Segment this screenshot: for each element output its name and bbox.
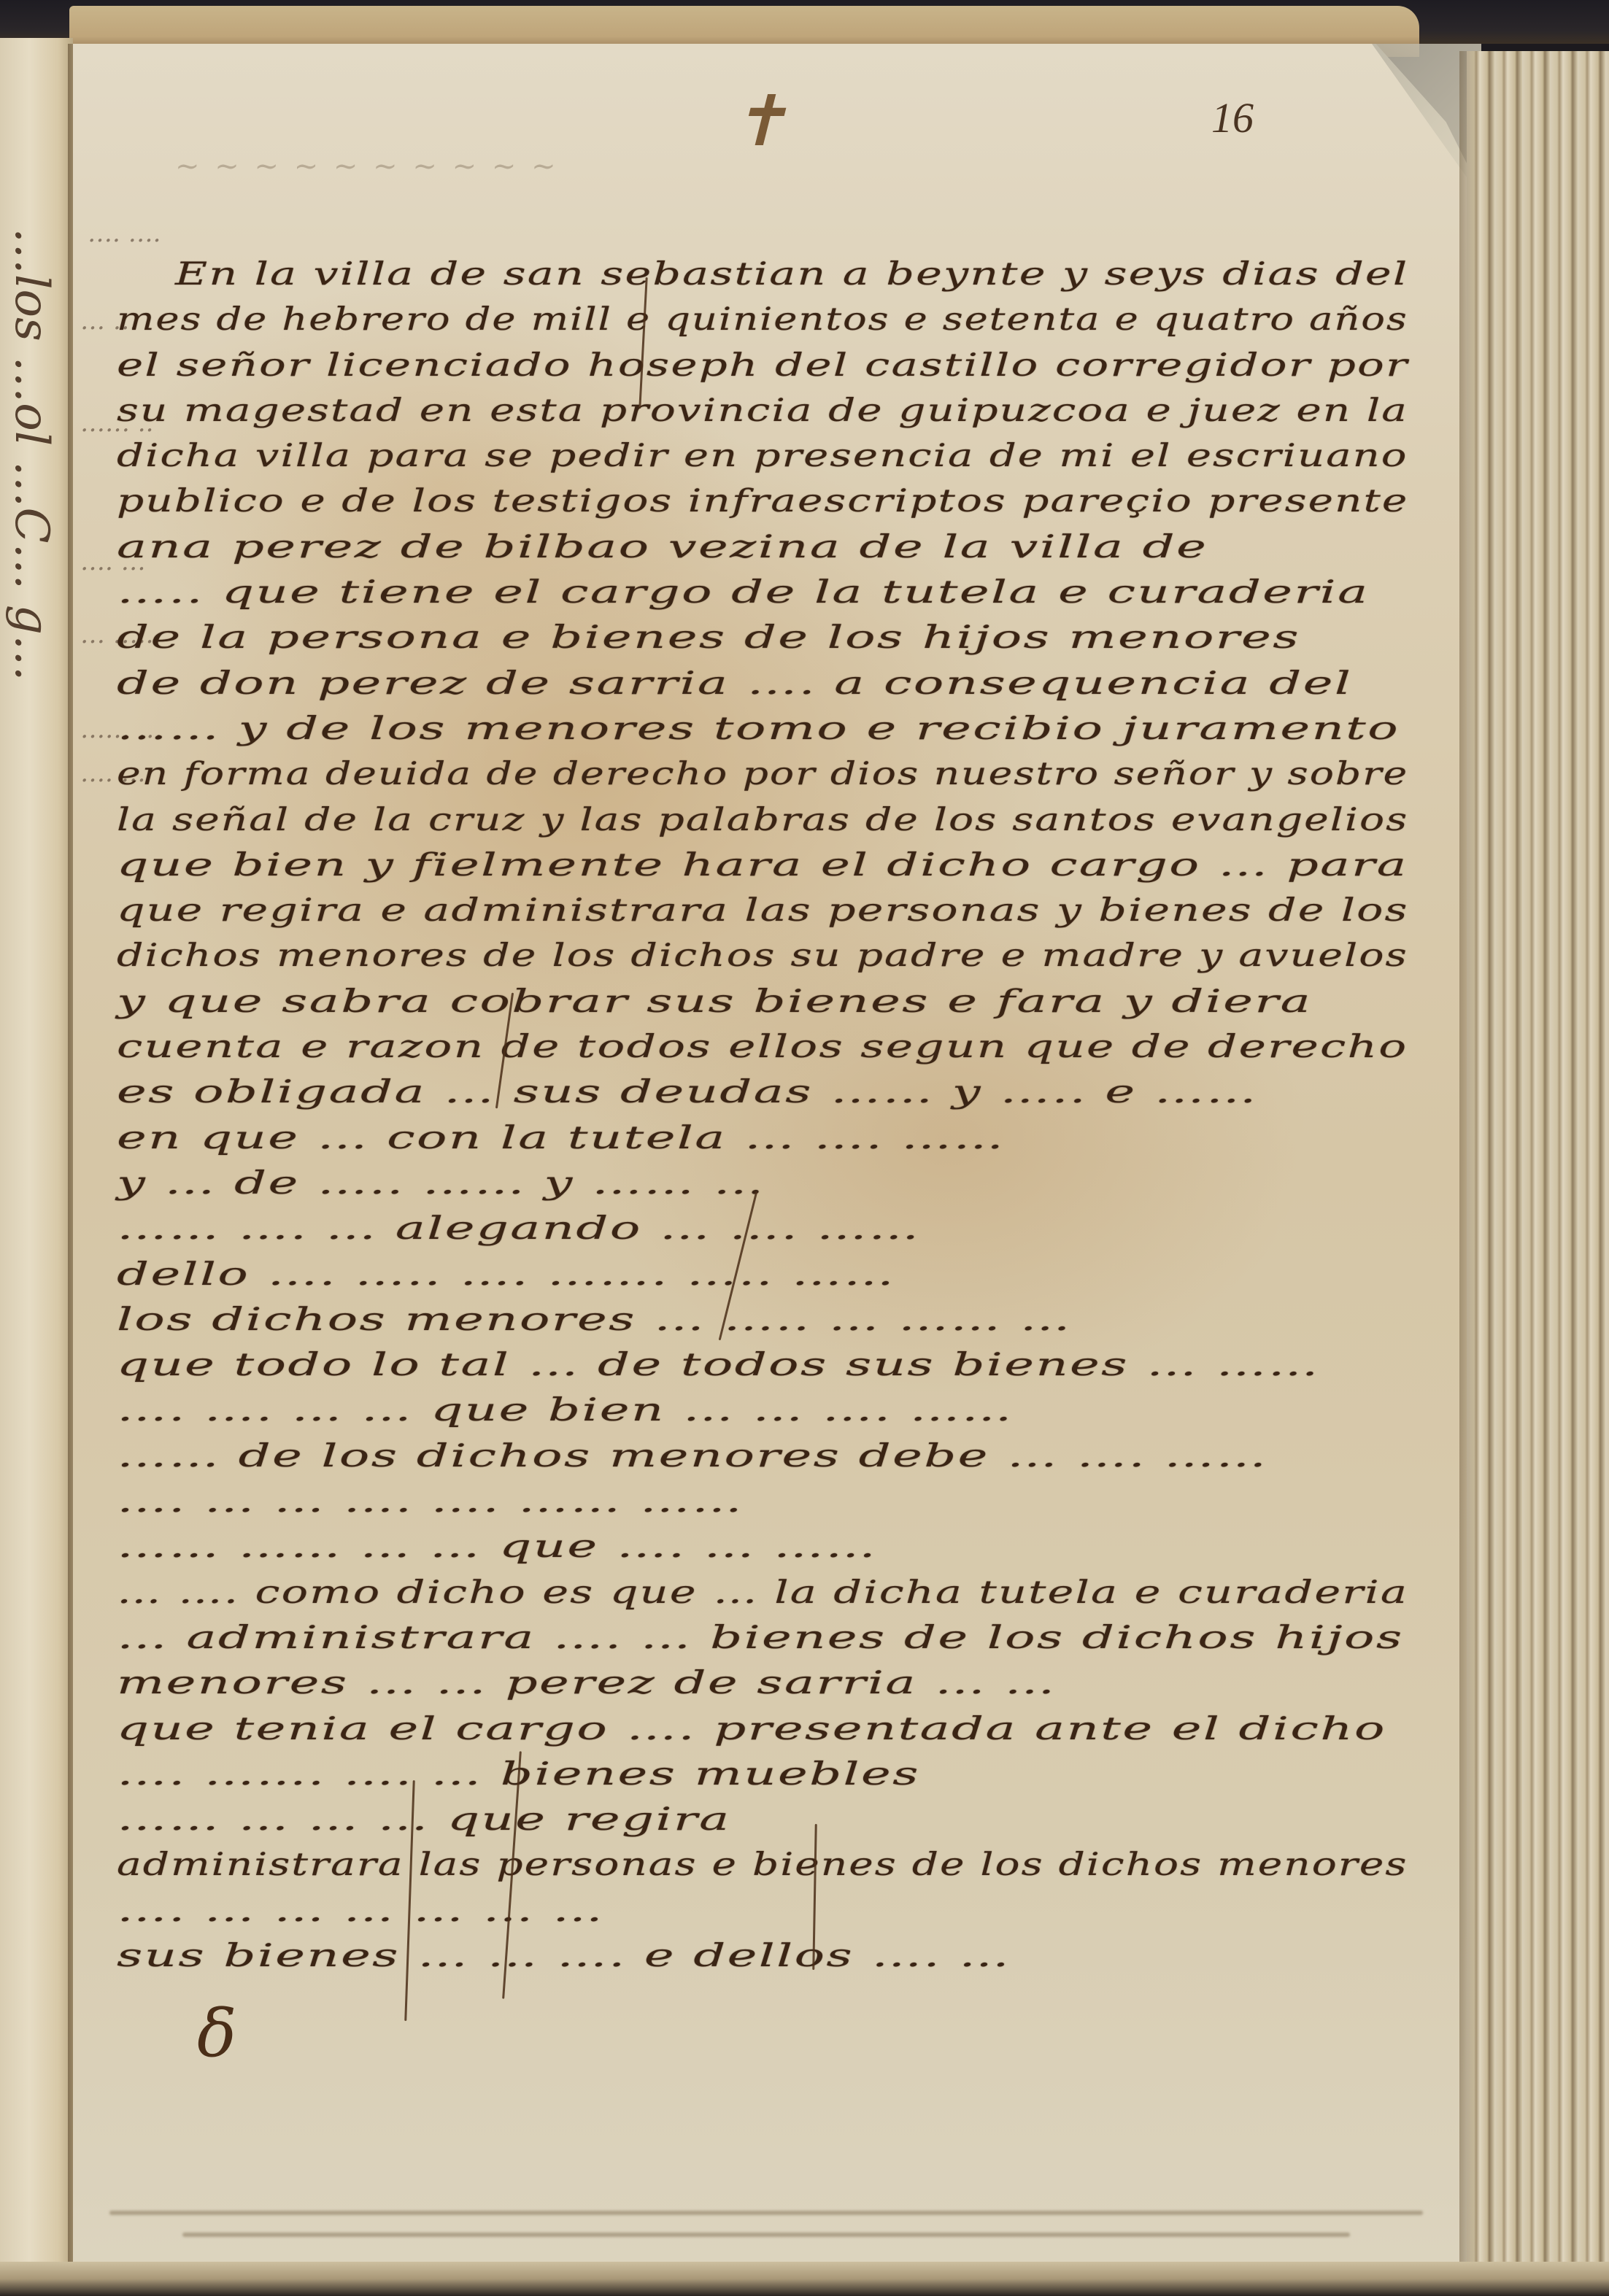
text-line: …. …. … … que bien … … …. ……: [117, 1388, 1408, 1433]
fanned-page-edges: [1467, 51, 1609, 2296]
text-line: el señor licenciado hoseph del castillo …: [117, 343, 1408, 388]
text-line: …… de los dichos menores debe … …. ……: [117, 1434, 1408, 1479]
text-line: la señal de la cruz y las palabras de lo…: [117, 797, 1408, 843]
text-line: que tenia el cargo …. presentada ante el…: [117, 1706, 1408, 1752]
text-line: que regira e administrara las personas y…: [117, 888, 1408, 933]
bottom-edge: [0, 2262, 1609, 2296]
text-line: su magestad en esta provincia de guipuzc…: [117, 388, 1408, 433]
manuscript-text-block: En la villa de san sebastian a beynte y …: [117, 252, 1408, 1979]
text-line: que todo lo tal … de todos sus bienes … …: [117, 1342, 1408, 1388]
text-line: …… … … … que regira: [117, 1797, 1408, 1842]
text-line: en forma deuida de derecho por dios nues…: [117, 751, 1408, 797]
text-line: …. … … …. …. …… ……: [117, 1479, 1408, 1524]
text-line: … administrara …. … bienes de los dichos…: [117, 1615, 1408, 1661]
text-line: En la villa de san sebastian a beynte y …: [117, 252, 1408, 297]
text-line: los dichos menores … ….. … …… …: [117, 1297, 1408, 1342]
closing-flourish: δ: [197, 1995, 236, 2072]
text-line: …… y de los menores tomo e recibio juram…: [117, 706, 1408, 751]
text-line: menores … … perez de sarria … …: [117, 1661, 1408, 1706]
text-line: ….. que tiene el cargo de la tutela e cu…: [117, 570, 1408, 615]
text-line: mes de hebrero de mill e quinientos e se…: [117, 297, 1408, 342]
text-line: que bien y fielmente hara el dicho cargo…: [117, 843, 1408, 888]
text-line: cuenta e razon de todos ellos segun que …: [117, 1024, 1408, 1070]
text-line: y … de ….. …… y …… …: [117, 1161, 1408, 1206]
text-line: es obligada … sus deudas …… y ….. e ……: [117, 1070, 1408, 1115]
text-line: …… …… … … que …. … ……: [117, 1524, 1408, 1569]
paper-wrinkle: [182, 2233, 1350, 2237]
text-line: publico e de los testigos infraescriptos…: [117, 479, 1408, 524]
text-line: …. ……. …. … bienes muebles: [117, 1752, 1408, 1797]
text-line: y que sabra cobrar sus bienes e fara y d…: [117, 979, 1408, 1024]
folio-number: 16: [1211, 93, 1254, 142]
text-line: de don perez de sarria …. a consequencia…: [117, 661, 1408, 706]
bleed-through-text: ~ ~ ~ ~ ~ ~ ~ ~ ~ ~: [175, 150, 559, 183]
page-edge-shadow: [1459, 51, 1478, 2296]
text-line: dichos menores de los dichos su padre e …: [117, 933, 1408, 978]
text-line: de la persona e bienes de los hijos meno…: [117, 615, 1408, 660]
text-line: …. … … … … … …: [117, 1888, 1408, 1933]
text-line: ana perez de bilbao vezina de la villa d…: [117, 525, 1408, 570]
text-line: dicha villa para se pedir en presencia d…: [117, 433, 1408, 479]
text-line: administrara las personas e bienes de lo…: [117, 1842, 1408, 1887]
cross-invocation-mark: ✝: [730, 80, 788, 162]
text-line: en que … con la tutela … …. ……: [117, 1116, 1408, 1161]
text-line: sus bienes … … …. e dellos …. …: [117, 1933, 1408, 1979]
text-line: dello …. ….. …. ……. ….. ……: [117, 1252, 1408, 1297]
left-page-ink: …los …ol …C… g…: [4, 228, 58, 337]
margin-note: …. ….: [88, 219, 161, 248]
previous-page-fragment: …los …ol …C… g…: [0, 38, 73, 2296]
text-line: …… …. … alegando … …. ……: [117, 1206, 1408, 1251]
text-line: … …. como dicho es que … la dicha tutela…: [117, 1570, 1408, 1615]
paper-wrinkle: [109, 2211, 1423, 2215]
manuscript-scan: …los …ol …C… g… ✝ 16 ~ ~ ~ ~ ~ ~ ~ ~ ~ ~…: [0, 0, 1609, 2296]
